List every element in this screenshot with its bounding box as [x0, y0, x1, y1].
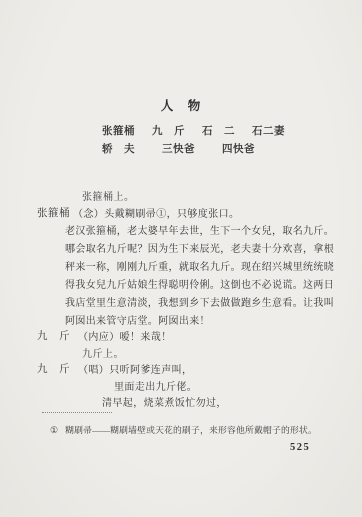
footnote: ①糊刷帚——糊刷墙壁或天花的刷子，来形容他所戴帽子的形状。 — [50, 423, 350, 436]
monologue-line: 哪会取名九斤呢？因为生下来辰光，老夫妻十分欢喜，拿根 — [65, 241, 333, 259]
cast-member: 轿 夫 — [102, 141, 135, 156]
dialogue-line: （唱）只听阿爹连声叫， — [78, 361, 192, 376]
cast-member: 九 斤 — [152, 123, 185, 138]
footnote-text: 糊刷帚——糊刷墙壁或天花的刷子，来形容他所戴帽子的形状。 — [65, 425, 317, 435]
page-number: 525 — [290, 442, 310, 453]
speaker-name: 九 斤 — [37, 328, 70, 343]
lyric-line: 清早起，烧菜煮饭忙勿过， — [102, 394, 227, 409]
monologue-line: 我店堂里生意清淡，我想到乡下去做做跑乡生意看。让我叫 — [65, 295, 333, 313]
book-page: 人 物 张箍桶 九 斤 石 二 石二妻 轿 夫 三快爸 四快爸 张箍桶上。 张箍… — [0, 0, 362, 517]
page-title: 人 物 — [0, 96, 362, 114]
speaker-name: 张箍桶 — [37, 205, 70, 220]
monologue-line: 得我女兒九斤姑娘生得聪明伶俐。这倒也不必说谎。这两日 — [65, 277, 333, 295]
speaker-name: 九 斤 — [37, 361, 70, 376]
cast-list-row: 张箍桶 九 斤 石 二 石二妻 — [102, 123, 285, 138]
cast-member: 石 二 — [202, 123, 235, 138]
stage-direction: 张箍桶上。 — [82, 188, 135, 203]
footnote-separator — [42, 412, 112, 413]
monologue-line: 秤来一称，刚刚九斤重，就取名九斤。现在绍兴城里统统晓 — [65, 259, 333, 277]
dialogue-line: （念）头戴糊刷帚①，只够度张口。 — [73, 205, 239, 220]
monologue-line: 老汉张箍桶，老太婆早年去世，生下一个女兒，取名九斤。 — [65, 223, 333, 241]
cast-member: 三快爸 — [162, 141, 195, 156]
footnote-marker: ① — [50, 425, 58, 435]
cast-member: 石二妻 — [252, 123, 285, 138]
lyric-line: 里面走出九斤佬。 — [114, 378, 197, 393]
stage-direction: 九斤上。 — [82, 345, 124, 360]
cast-list-row: 轿 夫 三快爸 四快爸 — [102, 141, 255, 156]
monologue-block: 老汉张箍桶，老太婆早年去世，生下一个女兒，取名九斤。 哪会取名九斤呢？因为生下来… — [65, 223, 333, 331]
dialogue-line: （内应）嗳！来哉！ — [78, 328, 172, 343]
cast-member: 张箍桶 — [102, 123, 135, 138]
cast-member: 四快爸 — [222, 141, 255, 156]
